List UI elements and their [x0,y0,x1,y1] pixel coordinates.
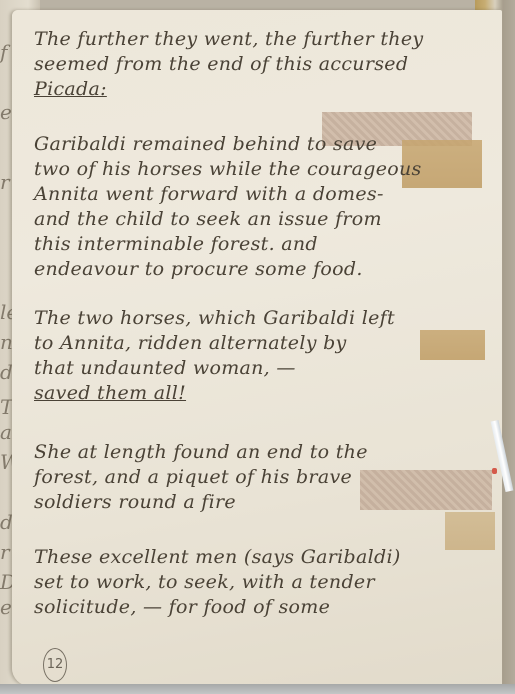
text-line: set to work, to seek, with a tender [34,571,484,596]
bleed-text: d [0,360,13,384]
paragraph-3: The two horses, which Garibaldi left to … [34,307,484,407]
paragraph-2: Garibaldi remained behind to save two of… [34,133,484,283]
text-line: and the child to seek an issue from [34,208,484,233]
paragraph-1: The further they went, the further they … [34,28,484,103]
text-line: forest, and a piquet of his brave [34,466,484,491]
text-line: two of his horses while the courageous [34,158,484,183]
bleed-text: e [0,100,12,124]
paragraph-4: She at length found an end to the forest… [34,441,484,516]
bleed-text: r [0,540,10,564]
text-line: that undaunted woman, — [34,357,484,382]
text-line: The further they went, the further they [34,28,484,53]
text-line: Annita went forward with a domes- [34,183,484,208]
page-number: 12 [43,648,67,682]
text-line: this interminable forest. and [34,233,484,258]
bleed-text: d [0,510,13,534]
text-line: soldiers round a fire [34,491,484,516]
text-line: to Annita, ridden alternately by [34,332,484,357]
bleed-text: r [0,170,10,194]
text-line: Garibaldi remained behind to save [34,133,484,158]
bottom-edge [0,684,515,694]
text-line: seemed from the end of this accursed [34,53,484,78]
paragraph-5: These excellent men (says Garibaldi) set… [34,546,484,621]
text-line: Picada: [34,78,484,103]
bleed-text: f [0,40,7,64]
text-line: solicitude, — for food of some [34,596,484,621]
text-line: saved them all! [34,382,484,407]
text-line: The two horses, which Garibaldi left [34,307,484,332]
text-line: These excellent men (says Garibaldi) [34,546,484,571]
bleed-text: n [0,330,13,354]
text-line: endeavour to procure some food. [34,258,484,283]
red-wax-mark [492,468,497,474]
text-line: She at length found an end to the [34,441,484,466]
manuscript-text: The further they went, the further they … [34,28,484,643]
